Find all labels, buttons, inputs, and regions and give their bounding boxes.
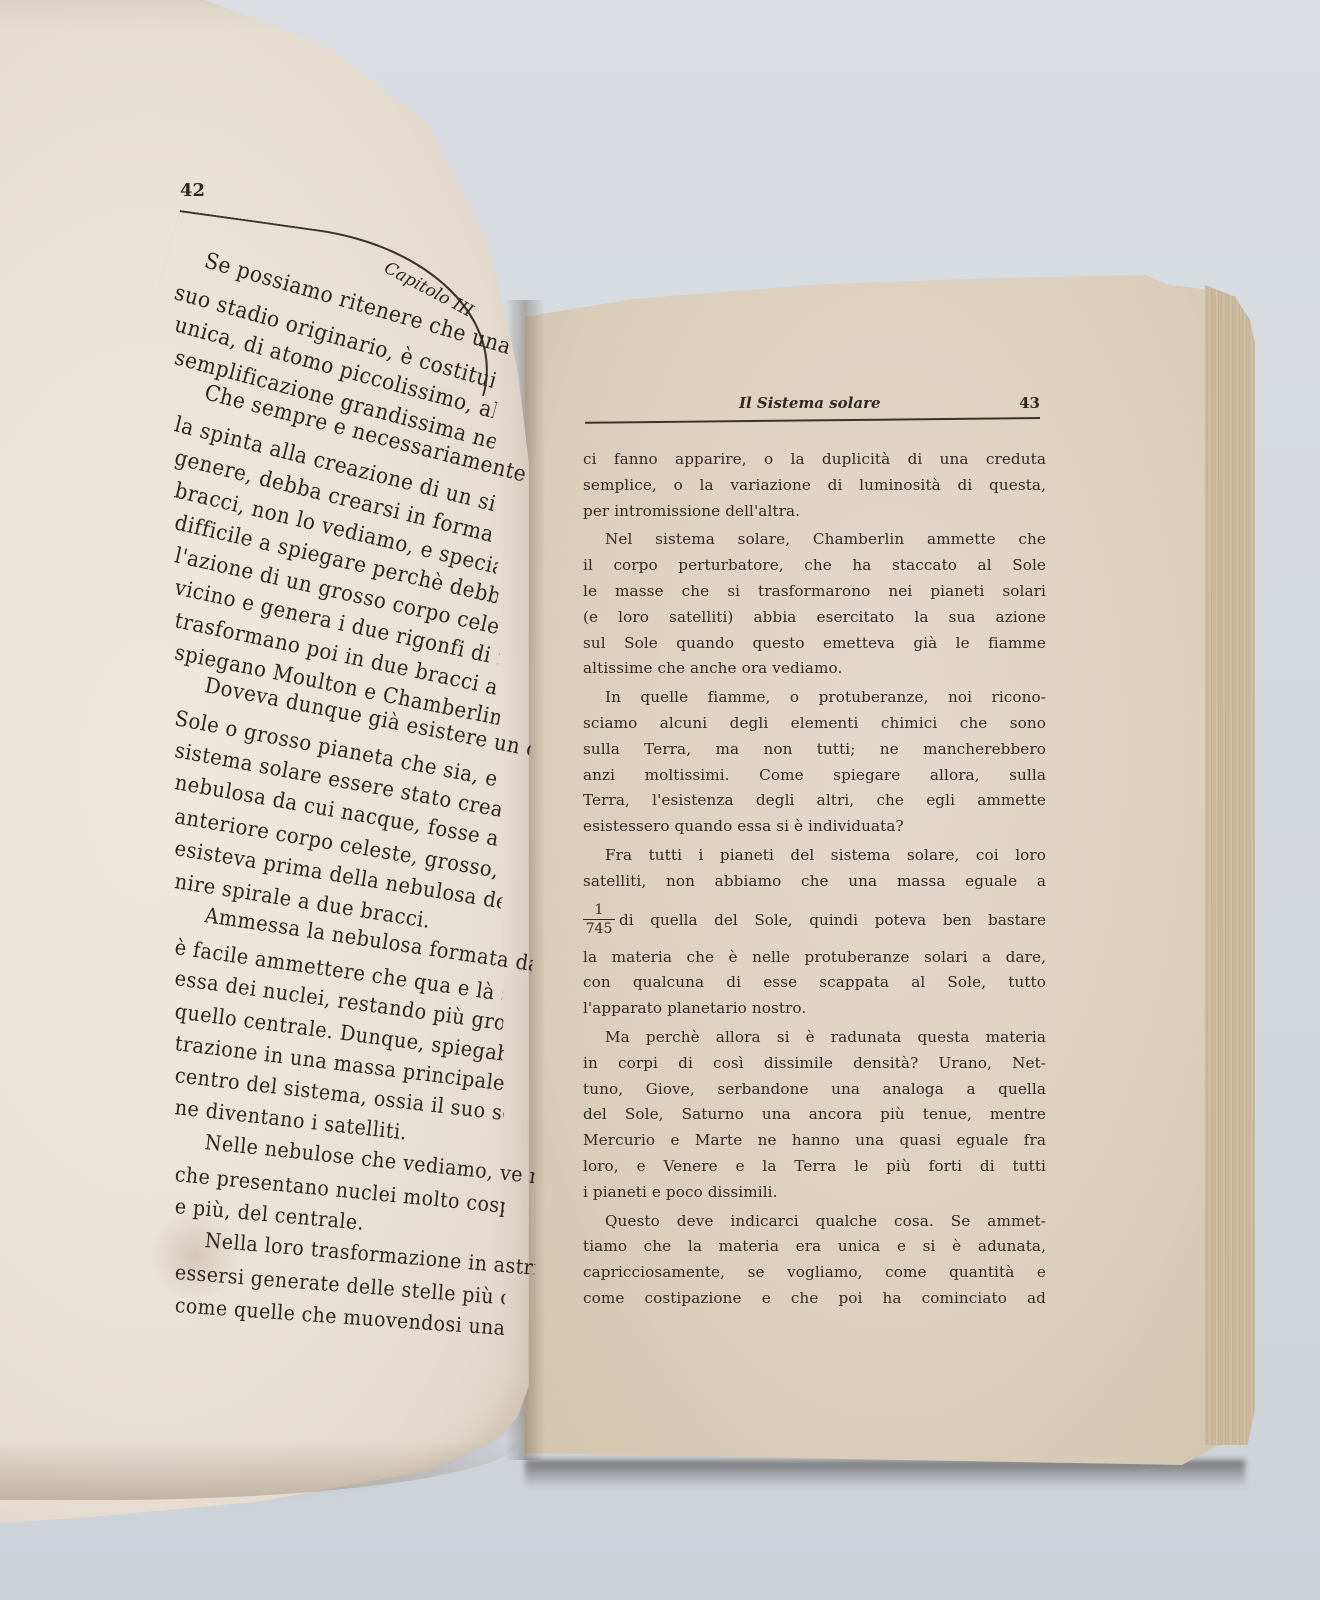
text-line: loro, e Venere e la Terra le più forti d… [583,1154,1046,1180]
text-line: in corpi di così dissimile densità? Uran… [583,1051,1046,1077]
text-line: tiamo che la materia era unica e si è ad… [583,1234,1046,1260]
text-line: semplice, o la variazione di luminosità … [583,473,1046,499]
fraction-line: 1 745 di quella del Sole, quindi poteva … [583,895,1046,945]
text-line: con qualcuna di esse scappata al Sole, t… [583,970,1046,996]
text-line: Terra, l'esistenza degli altri, che egli… [583,788,1046,814]
text-line: Fra tutti i pianeti del sistema solare, … [583,843,1046,869]
right-page-number: 43 [1019,394,1040,412]
text-line: come costipazione e che poi ha cominciat… [583,1286,1046,1312]
text-line: i pianeti e poco dissimili. [583,1180,1046,1206]
text-line: sul Sole quando questo emetteva già le f… [583,631,1046,657]
left-page-number: 42 [180,180,205,201]
fraction-1-745: 1 745 [583,901,615,938]
text-line: Nel sistema solare, Chamberlin ammette c… [583,527,1046,553]
right-page-shadow [525,1460,1245,1488]
fraction-denominator: 745 [586,920,613,938]
photo-scene: 42 Capitolo III Se possiamo ritenere che… [0,0,1320,1600]
text-line: sulla Terra, ma non tutti; ne mancherebb… [583,737,1046,763]
text-line: del Sole, Saturno una ancora più tenue, … [583,1102,1046,1128]
text-line: ci fanno apparire, o la duplicità di una… [583,447,1046,473]
text-line: Questo deve indicarci qualche cosa. Se a… [583,1209,1046,1235]
right-page-body: ci fanno apparire, o la duplicità di una… [583,447,1046,1312]
text-line: il corpo perturbatore, che ha staccato a… [583,553,1046,579]
text-line: anzi moltissimi. Come spiegare allora, s… [583,763,1046,789]
text-line: sciamo alcuni degli elementi chimici che… [583,711,1046,737]
text-line: Mercurio e Marte ne hanno una quasi egua… [583,1128,1046,1154]
text-line: di quella del Sole, quindi poteva ben ba… [619,911,1046,929]
text-line: capricciosamente, se vogliamo, come quan… [583,1260,1046,1286]
text-line: In quelle fiamme, o protuberanze, noi ri… [583,685,1046,711]
page-block-edge [1205,285,1255,1445]
text-line: esistessero quando essa si è individuata… [583,814,1046,840]
text-line: altissime che anche ora vediamo. [583,656,1046,682]
text-line: tuno, Giove, serbandone una analoga a qu… [583,1077,1046,1103]
text-line: Ma perchè allora si è radunata questa ma… [583,1025,1046,1051]
text-line: l'apparato planetario nostro. [583,996,1046,1022]
right-running-head: Il Sistema solare [739,394,881,412]
left-page-bottom-edge [0,1440,520,1500]
text-line: (e loro satelliti) abbia esercitato la s… [583,605,1046,631]
right-page-header: Il Sistema solare 43 [585,388,1040,416]
fraction-numerator: 1 [583,901,615,920]
text-line: satelliti, non abbiamo che una massa egu… [583,869,1046,895]
text-line: le masse che si trasformarono nei pianet… [583,579,1046,605]
text-line: la materia che è nelle protuberanze sola… [583,945,1046,971]
text-line: per intromissione dell'altra. [583,499,1046,525]
